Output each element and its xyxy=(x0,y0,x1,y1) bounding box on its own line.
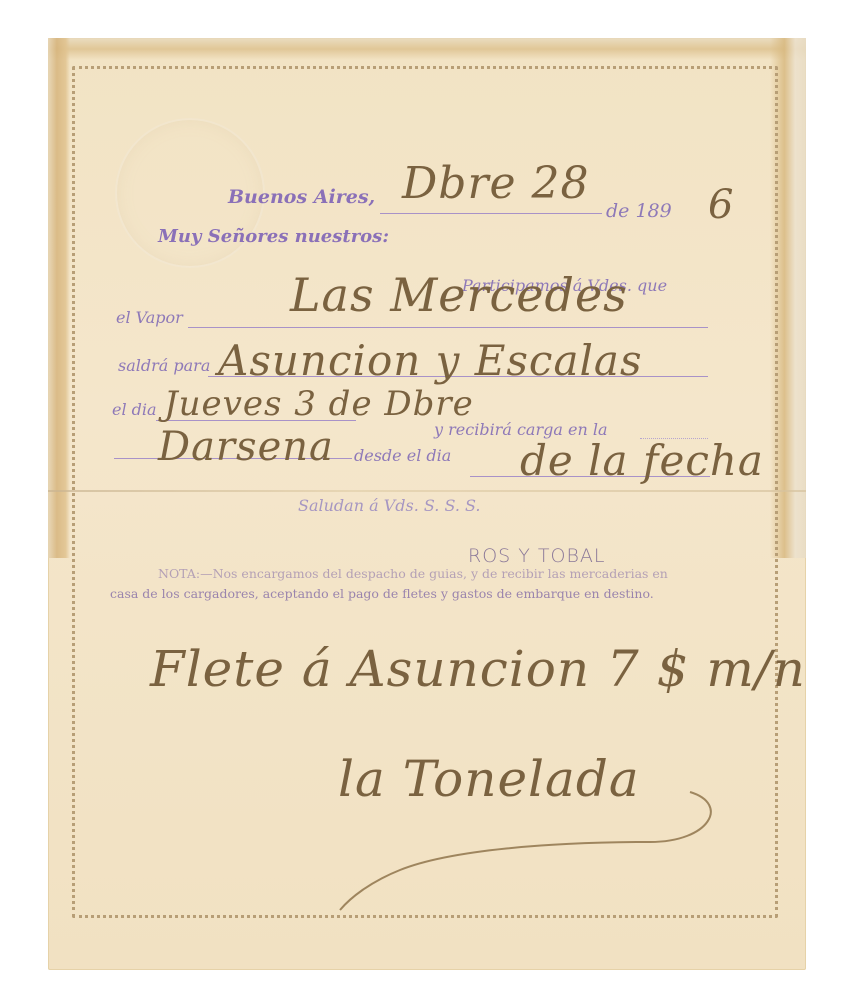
from-value: de la fecha xyxy=(520,436,764,485)
day-value: Jueves 3 de Dbre xyxy=(164,384,474,424)
date-underline xyxy=(380,213,602,214)
vapor-underline xyxy=(188,327,708,328)
freight-line: Flete á Asuncion 7 $ m/n xyxy=(150,640,806,698)
day-label: el dia xyxy=(112,400,157,419)
place-label: Buenos Aires, xyxy=(228,186,375,208)
vapor-value: Las Mercedes xyxy=(290,268,628,322)
paper-stain-left xyxy=(48,38,70,558)
paper-stain-top xyxy=(48,38,806,60)
location-value: Darsena xyxy=(158,424,334,470)
signature-flourish-icon xyxy=(330,780,730,920)
note-line-2: casa de los cargadores, aceptando el pag… xyxy=(110,586,654,601)
year-label: de 189 xyxy=(606,200,672,222)
vapor-label: el Vapor xyxy=(116,308,183,327)
destination-label: saldrá para xyxy=(118,356,210,375)
company-stamp: ROS Y TOBAL xyxy=(468,545,606,567)
date-handwritten: Dbre 28 xyxy=(402,158,590,209)
note-line-1: NOTA:—Nos encargamos del despacho de gui… xyxy=(158,566,668,581)
year-digit-handwritten: 6 xyxy=(708,182,734,228)
closing-greeting: Saludan á Vds. S. S. S. xyxy=(298,496,481,515)
fold-line xyxy=(48,490,806,492)
destination-value: Asuncion y Escalas xyxy=(218,336,643,385)
salutation: Muy Señores nuestros: xyxy=(158,226,389,247)
from-label: desde el dia xyxy=(354,446,451,465)
